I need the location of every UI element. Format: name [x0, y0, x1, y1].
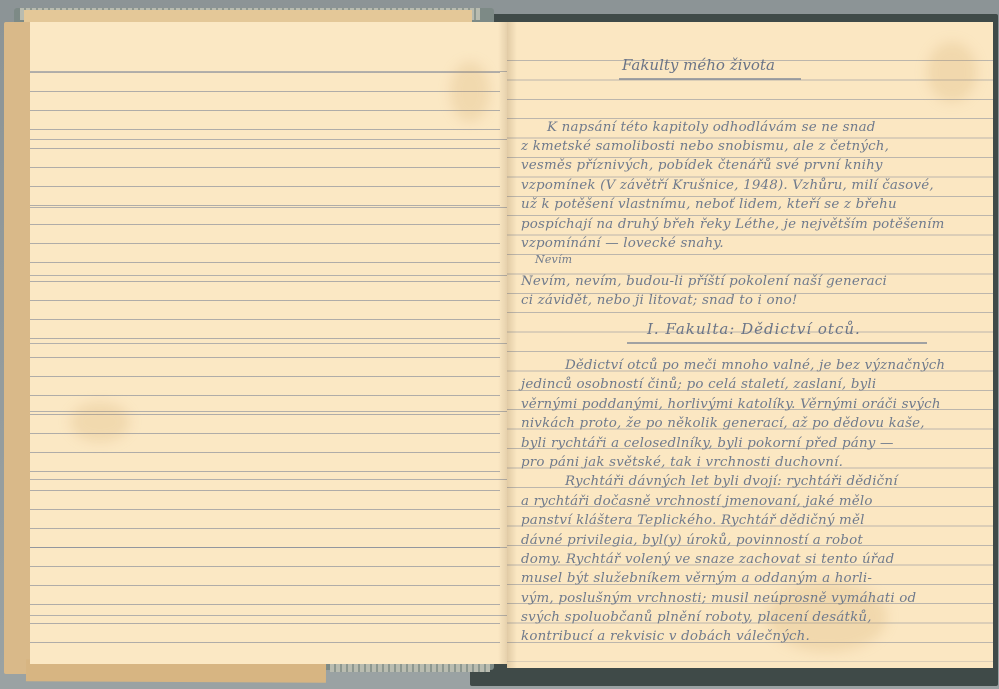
- handwritten-line: pospíchají na druhý břeh řeky Léthe, je …: [521, 215, 945, 234]
- handwritten-line: už k potěšení vlastnímu, neboť lidem, kt…: [521, 195, 945, 214]
- paper-stain: [450, 62, 490, 122]
- right-page: Fakulty mého života K napsání této kapit…: [507, 22, 993, 668]
- cover-checkered-edge-bottom: [330, 664, 490, 672]
- handwritten-line: Nevím, nevím, budou-li příští pokolení n…: [521, 272, 887, 291]
- section-heading: I. Fakulta: Dědictví otců.: [647, 320, 861, 338]
- handwritten-line: vzpomínek (V závětří Krušnice, 1948). Vz…: [521, 176, 945, 195]
- handwritten-line: panství kláštera Teplického. Rychtář děd…: [521, 511, 945, 530]
- handwritten-line: dávné privilegia, byl(y) úroků, povinnos…: [521, 531, 945, 550]
- ruled-lines: [30, 72, 500, 654]
- handwritten-line: vzpomínání — lovecké snahy.: [521, 234, 945, 253]
- inserted-word: Nevím: [535, 254, 572, 266]
- handwritten-line: svých spoluobčanů plnění roboty, placení…: [521, 608, 945, 627]
- handwritten-line: věrnými poddanými, horlivými katolíky. V…: [521, 395, 945, 414]
- second-paragraph: Nevím, nevím, budou-li příští pokolení n…: [521, 272, 887, 311]
- handwritten-line: a rychtáři dočasně vrchností jmenovaní, …: [521, 492, 945, 511]
- handwritten-line: ci závidět, nebo ji litovat; snad to i o…: [521, 291, 887, 310]
- handwritten-line: byli rychtáři a celosedlníky, byli pokor…: [521, 434, 945, 453]
- left-page: [30, 22, 508, 664]
- section-heading-underline: [627, 342, 927, 344]
- handwritten-line: nivkách proto, že po několik generací, a…: [521, 414, 945, 433]
- intro-paragraph: K napsání této kapitoly odhodlávám se ne…: [547, 118, 876, 137]
- handwritten-line: musel být služebníkem věrným a oddaným a…: [521, 569, 945, 588]
- handwritten-line: K napsání této kapitoly odhodlávám se ne…: [547, 118, 876, 137]
- handwritten-line: jedinců osobností činů; po celá staletí,…: [521, 375, 945, 394]
- title-underline: [619, 78, 801, 80]
- handwritten-line: Rychtáři dávných let byli dvojí: rychtář…: [521, 472, 945, 491]
- paper-stain: [70, 402, 130, 442]
- paper-stain: [927, 42, 977, 102]
- section-body: Dědictví otců po meči mnoho valné, je be…: [521, 356, 945, 647]
- intro-paragraph-cont: z kmetské samolibosti nebo snobismu, ale…: [521, 137, 945, 253]
- handwritten-line: domy. Rychtář volený ve snaze zachovat s…: [521, 550, 945, 569]
- chapter-title: Fakulty mého života: [622, 56, 775, 74]
- handwritten-line: vesměs příznivých, pobídek čtenářů své p…: [521, 156, 945, 175]
- handwritten-line: Dědictví otců po meči mnoho valné, je be…: [521, 356, 945, 375]
- handwritten-line: z kmetské samolibosti nebo snobismu, ale…: [521, 137, 945, 156]
- handwritten-line: kontribucí a rekvisic v dobách válečných…: [521, 627, 945, 646]
- handwritten-line: vým, poslušným vrchnosti; musil neúprosn…: [521, 589, 945, 608]
- page-gutter-shadow: [507, 22, 517, 668]
- handwritten-line: pro páni jak světské, tak i vrchnosti du…: [521, 453, 945, 472]
